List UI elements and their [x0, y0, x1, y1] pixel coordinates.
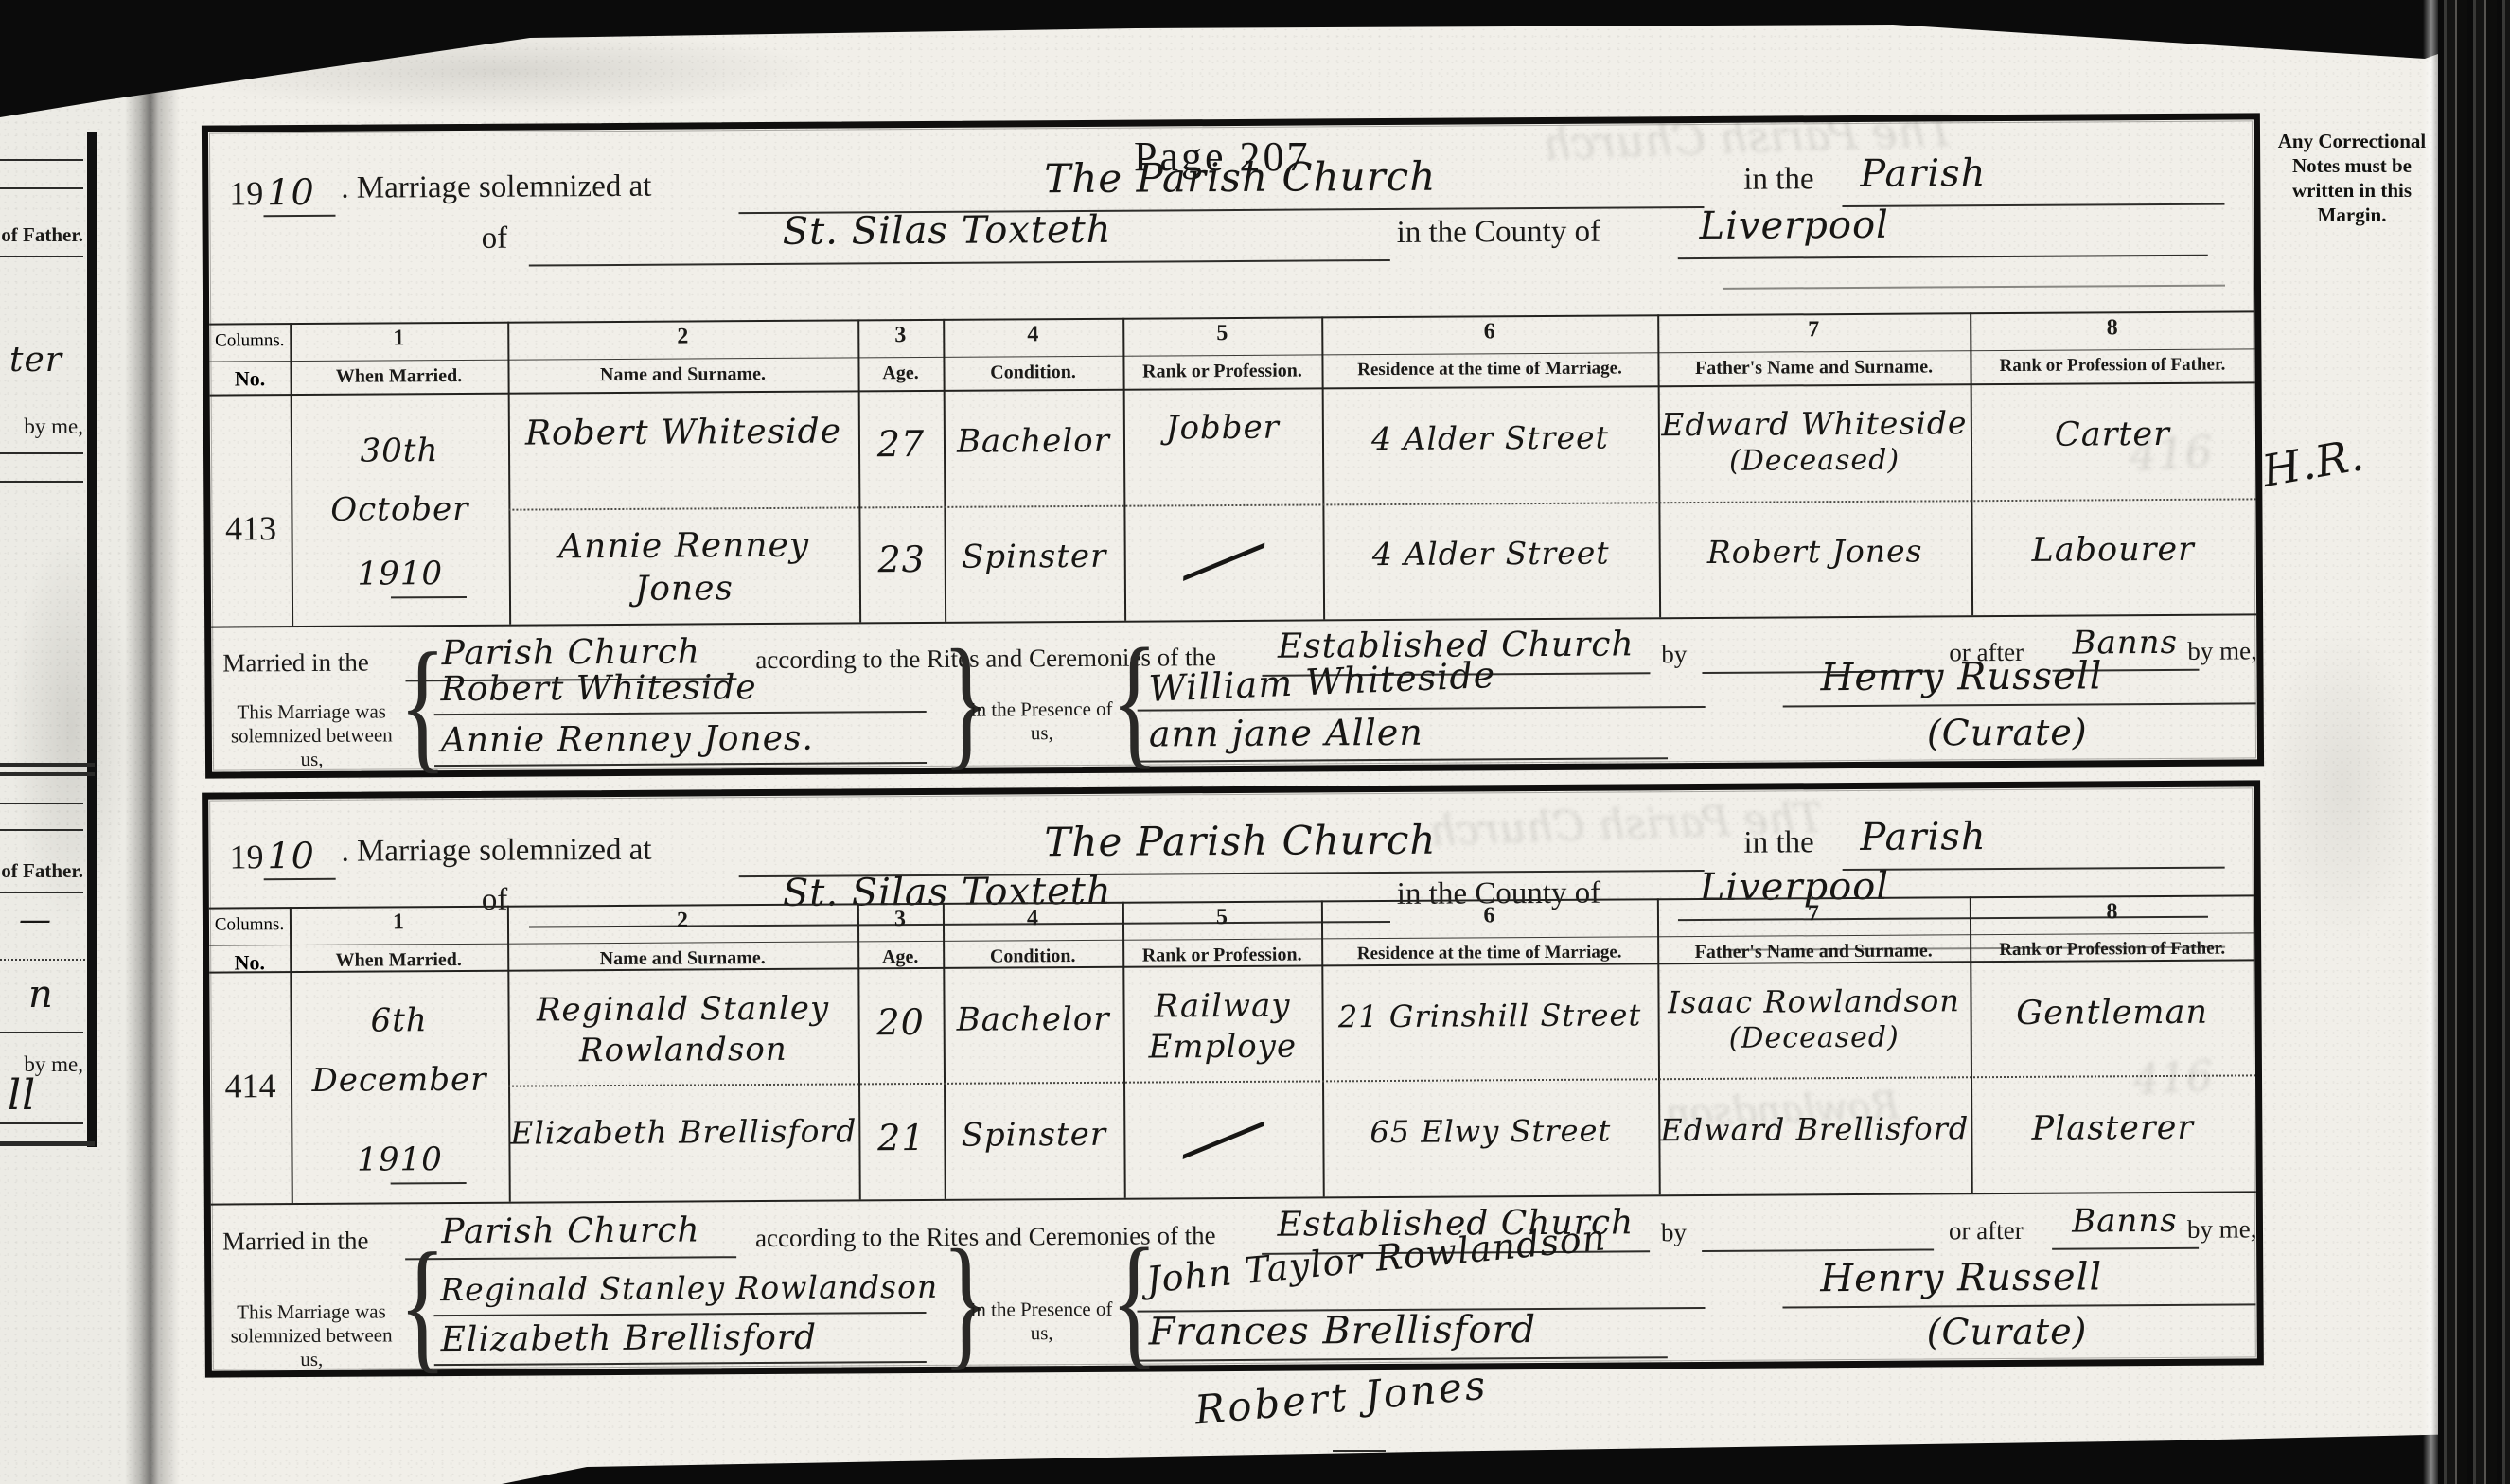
rows-bottom-line — [211, 1191, 2256, 1205]
col-num-6: 6 — [1321, 902, 1657, 929]
bride-condition: Spinster — [944, 1116, 1123, 1155]
in-the-label: in the — [1743, 162, 1813, 197]
officiant-signature: Henry Russell — [1820, 1255, 2102, 1300]
groom-name: Robert Whiteside — [508, 410, 858, 454]
year-handwritten: 10 — [267, 835, 315, 876]
officiant-signature: Henry Russell — [1820, 654, 2102, 699]
rule-line — [434, 762, 927, 767]
fragment-of-father: of Father. — [0, 859, 83, 883]
col-num-1: 1 — [290, 910, 507, 936]
marriage-entry-414: 1910 . Marriage solemnized at The Parish… — [202, 780, 2264, 1377]
dotted-rule-line — [0, 959, 85, 961]
fragment-by-me: by me, — [0, 415, 83, 439]
bride-name: Elizabeth Brellisford — [508, 1111, 858, 1153]
fragment-of-father: of Father. — [0, 223, 83, 247]
groom-condition: Bachelor — [943, 1000, 1122, 1039]
rows-bottom-line — [211, 613, 2256, 627]
by-me-label: by me, — [2187, 1214, 2257, 1244]
col-num-3: 3 — [857, 323, 943, 349]
bride-name: Annie RenneyJones — [509, 523, 860, 610]
groom-age: 27 — [858, 423, 944, 466]
rule-line — [1782, 1303, 2255, 1308]
fragment-handwriting: ter — [9, 341, 62, 380]
of-label: of — [482, 221, 508, 256]
col-num-7: 7 — [1657, 900, 1970, 927]
presence-label: in the Presence of us, — [971, 698, 1113, 746]
groom-father-name: Isaac Rowlandson(Deceased) — [1657, 981, 1970, 1057]
col-num-7: 7 — [1657, 316, 1970, 344]
presence-label: in the Presence of us, — [970, 1298, 1112, 1346]
previous-page-box-border — [87, 132, 97, 1147]
rule-line — [1138, 757, 1668, 762]
when-married-year: 1910 — [291, 1140, 508, 1179]
bride-residence: 65 Elwy Street — [1322, 1112, 1658, 1150]
book-page-edges — [2438, 0, 2510, 1484]
marriage-entry-413: 1910 . Marriage solemnized at The Parish… — [202, 113, 2264, 778]
row-divider-dotted — [508, 1074, 2255, 1086]
bride-age: 21 — [858, 1117, 944, 1159]
col-label-rank: Rank or Profession. — [1122, 944, 1321, 966]
box-bottom-border — [0, 1141, 95, 1146]
married-in-church-handwritten: Parish Church — [415, 1210, 727, 1251]
row-divider-dotted — [508, 498, 2255, 510]
col-label-residence: Residence at the time of Marriage. — [1321, 942, 1657, 964]
rule-line — [263, 215, 335, 217]
rule-line — [405, 1256, 736, 1260]
rule-line — [1843, 867, 2225, 871]
col-label-father: Father's Name and Surname. — [1657, 356, 1970, 380]
when-married-day: 30th — [291, 432, 508, 470]
col-label-residence: Residence at the time of Marriage. — [1321, 358, 1657, 380]
county-handwritten: Liverpool — [1699, 203, 1889, 248]
rule-line — [434, 1361, 927, 1366]
parish-handwritten: Parish — [1860, 151, 1986, 196]
officiant-title: (Curate) — [1927, 1310, 2088, 1352]
witness-2-signature: ann jane Allen — [1149, 712, 1423, 755]
bride-father-name: Edward Brellisford — [1658, 1110, 1971, 1148]
col-label-name: Name and Surname. — [507, 362, 857, 386]
witness-2-signature: Frances Brellisford — [1148, 1308, 1536, 1354]
groom-profession: Jobber — [1123, 407, 1322, 449]
col-num-2: 2 — [507, 907, 857, 934]
entry-number: 414 — [210, 1066, 291, 1106]
church-name-handwritten: The Parish Church — [795, 815, 1685, 867]
banns-handwritten: Banns — [2059, 1202, 2191, 1241]
col-label-condition: Condition. — [943, 945, 1122, 968]
bride-signature: Elizabeth Brellisford — [441, 1318, 818, 1359]
this-marriage-label: This Marriage was solemnized between us, — [220, 699, 404, 771]
by-label: by — [1661, 1218, 1687, 1247]
fragment-dash: — — [19, 901, 52, 939]
married-in-church-handwritten: Parish Church — [415, 632, 727, 673]
signature-flourish — [1333, 1450, 1386, 1452]
groom-profession: RailwayEmploye — [1122, 985, 1322, 1067]
when-married-month: October — [291, 490, 508, 529]
solemnized-at-label: . Marriage solemnized at — [341, 833, 651, 870]
this-marriage-label: This Marriage was solemnized between us, — [219, 1299, 403, 1371]
in-the-label: in the — [1743, 825, 1813, 860]
col-num-4: 4 — [943, 322, 1122, 348]
rule-line — [0, 892, 83, 893]
col-label-when-married: When Married. — [290, 949, 507, 972]
page-number: Page 207 — [1134, 132, 1311, 181]
married-in-label: Married in the — [222, 1227, 369, 1257]
fragment-handwriting: n — [28, 973, 54, 1016]
officiant-title: (Curate) — [1927, 711, 2088, 753]
groom-father-rank: Carter — [1971, 415, 2254, 454]
col-label-father-rank: Rank or Profession of Father. — [1970, 354, 2254, 377]
entry-number: 413 — [210, 508, 291, 549]
groom-name: Reginald StanleyRowlandson — [507, 988, 858, 1070]
bride-father-rank: Plasterer — [1971, 1108, 2254, 1148]
bride-profession-blank: — — [1123, 1114, 1322, 1159]
col-label-rank: Rank or Profession. — [1122, 360, 1321, 382]
col-num-4: 4 — [943, 906, 1122, 932]
page-edge-highlight — [2423, 0, 2438, 1484]
groom-signature: Robert Whiteside — [440, 668, 756, 709]
rule-line — [0, 187, 83, 189]
rule-line — [0, 159, 83, 161]
bride-signature: Annie Renney Jones. — [441, 719, 814, 760]
rule-line — [1723, 285, 2225, 290]
groom-condition: Bachelor — [944, 422, 1123, 461]
parish-handwritten: Parish — [1860, 815, 1986, 859]
col-num-6: 6 — [1321, 318, 1657, 345]
rule-line — [0, 256, 83, 257]
groom-father-name: Edward Whiteside(Deceased) — [1658, 403, 1971, 480]
rule-line — [391, 1182, 467, 1184]
rule-line — [0, 1032, 83, 1033]
col-num-8: 8 — [1970, 898, 2254, 926]
margin-correction-note: Any Correctional Notes must be written i… — [2268, 129, 2436, 227]
bride-father-name: Robert Jones — [1659, 532, 1971, 571]
col-num-5: 5 — [1122, 904, 1321, 930]
rule-line — [391, 596, 467, 598]
or-after-label: or after — [1949, 1216, 2024, 1245]
col-num-8: 8 — [1970, 314, 2254, 342]
fragment-signature-end: ll — [8, 1071, 36, 1120]
year-printed: 1910 — [229, 835, 315, 877]
rule-line — [1702, 1248, 1934, 1251]
rule-line — [1842, 203, 2224, 207]
box-divider-line — [0, 772, 95, 776]
rule-line — [1783, 702, 2256, 707]
col-label-age: Age. — [857, 362, 943, 385]
solemnized-at-label: . Marriage solemnized at — [341, 169, 651, 206]
bride-age: 23 — [859, 539, 945, 581]
groom-signature: Reginald Stanley Rowlandson — [440, 1268, 938, 1308]
when-married-day: 6th — [290, 1001, 507, 1040]
bride-profession-blank: — — [1124, 536, 1323, 581]
book-gutter-shadow — [125, 0, 180, 1484]
county-of-label: in the County of — [1397, 215, 1601, 251]
col-num-1: 1 — [290, 326, 507, 352]
col-label-condition: Condition. — [943, 362, 1122, 384]
rule-line — [434, 711, 927, 715]
rule-line — [1138, 706, 1706, 712]
rule-line — [529, 259, 1390, 267]
bride-residence: 4 Alder Street — [1323, 534, 1659, 573]
rule-line — [1678, 255, 2208, 259]
year-printed: 1910 — [229, 171, 315, 214]
rule-line — [0, 481, 83, 483]
rule-line — [0, 452, 83, 454]
groom-father-rank: Gentleman — [1970, 993, 2254, 1033]
by-me-label: by me, — [2187, 636, 2257, 665]
rule-line — [1138, 1356, 1668, 1361]
married-in-label: Married in the — [222, 648, 369, 679]
rule-line — [0, 829, 83, 831]
col-label-age: Age. — [857, 946, 943, 969]
groom-residence: 4 Alder Street — [1322, 418, 1658, 457]
year-handwritten: 10 — [267, 171, 315, 213]
when-married-year: 1910 — [292, 555, 509, 593]
col-label-when-married: When Married. — [290, 365, 507, 388]
col-num-5: 5 — [1122, 320, 1321, 346]
box-divider-line — [0, 763, 95, 767]
rule-line — [264, 878, 336, 880]
parish-of-handwritten: St. Silas Toxteth — [558, 206, 1335, 255]
columns-label: Columns. — [209, 914, 290, 936]
bride-condition: Spinster — [945, 538, 1124, 576]
rule-line — [2052, 1247, 2199, 1250]
rule-line — [0, 803, 83, 804]
rule-line — [434, 1312, 927, 1316]
col-label-father: Father's Name and Surname. — [1657, 940, 1970, 963]
col-num-3: 3 — [857, 907, 943, 933]
when-married-month: December — [291, 1061, 508, 1100]
scanned-marriage-register-page: of Father. ter by me, of Father. — n by … — [0, 0, 2510, 1484]
col-label-father-rank: Rank or Profession of Father. — [1970, 938, 2254, 961]
rule-line — [0, 1122, 83, 1124]
groom-age: 20 — [857, 1001, 943, 1044]
col-num-2: 2 — [507, 323, 857, 350]
by-label: by — [1661, 640, 1687, 669]
bride-father-rank: Labourer — [1971, 530, 2255, 570]
no-column-label: No. — [209, 366, 290, 392]
columns-label: Columns. — [209, 330, 290, 352]
groom-residence: 21 Grinshill Street — [1321, 997, 1657, 1034]
